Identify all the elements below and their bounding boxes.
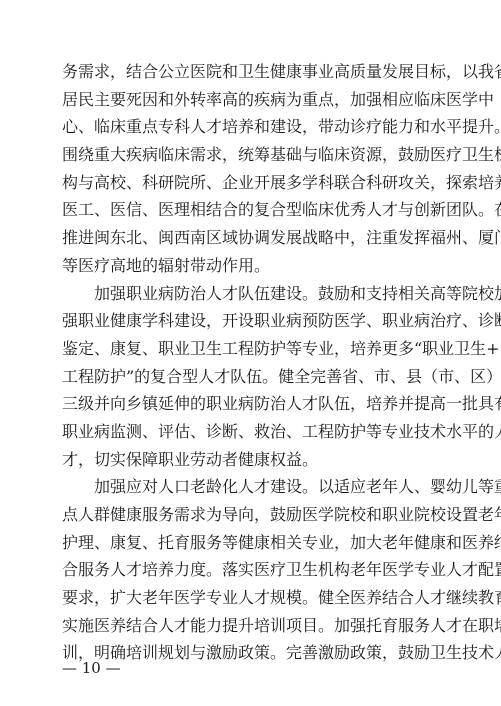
text-line: 实施医养结合人才能力提升培训项目。加强托育服务人才在职培 [62,612,452,640]
paragraph-1: 务需求，结合公立医院和卫生健康事业高质量发展目标，以我省 居民主要死因和外转率高… [62,58,452,280]
text-line: 合服务人才培养力度。落实医疗卫生机构老年医学专业人才配置 [62,556,452,584]
text-line: 居民主要死因和外转率高的疾病为重点，加强相应临床医学中 [62,86,452,114]
paragraph-3: 加强应对人口老龄化人才建设。以适应老年人、婴幼儿等重 点人群健康服务需求为导向，… [62,473,452,667]
text-line: 医工、医信、医理相结合的复合型临床优秀人才与创新团队。在 [62,196,452,224]
text-line: 职业病监测、评估、诊断、救治、工程防护等专业技术水平的人 [62,418,452,446]
paragraph-2: 加强职业病防治人才队伍建设。鼓励和支持相关高等院校加 强职业健康学科建设，开设职… [62,280,452,474]
text-line: 加强应对人口老龄化人才建设。以适应老年人、婴幼儿等重 [62,473,452,501]
text-line: 围绕重大疾病临床需求，统筹基础与临床资源，鼓励医疗卫生机 [62,141,452,169]
text-line: 等医疗高地的辐射带动作用。 [62,252,452,280]
text-line: 务需求，结合公立医院和卫生健康事业高质量发展目标，以我省 [62,58,452,86]
document-page: 务需求，结合公立医院和卫生健康事业高质量发展目标，以我省 居民主要死因和外转率高… [0,0,501,706]
text-line: 加强职业病防治人才队伍建设。鼓励和支持相关高等院校加 [62,280,452,308]
text-line: 护理、康复、托育服务等健康相关专业，加大老年健康和医养结 [62,529,452,557]
text-line: 强职业健康学科建设，开设职业病预防医学、职业病治疗、诊断 [62,307,452,335]
text-line: 构与高校、科研院所、企业开展多学科联合科研攻关，探索培养 [62,169,452,197]
text-line: 工程防护”的复合型人才队伍。健全完善省、市、县（市、区） [62,363,452,391]
text-line: 才，切实保障职业劳动者健康权益。 [62,446,452,474]
text-line: 要求，扩大老年医学专业人才规模。健全医养结合人才继续教育， [62,584,452,612]
text-line: 鉴定、康复、职业卫生工程防护等专业，培养更多“职业卫生+ [62,335,452,363]
page-number: — 10 — [62,656,121,680]
text-line: 推进闽东北、闽西南区域协调发展战略中，注重发挥福州、厦门 [62,224,452,252]
text-line: 三级并向乡镇延伸的职业病防治人才队伍，培养并提高一批具有 [62,390,452,418]
text-line: 心、临床重点专科人才培养和建设，带动诊疗能力和水平提升。 [62,113,452,141]
text-line: 点人群健康服务需求为导向，鼓励医学院校和职业院校设置老年 [62,501,452,529]
body-text: 务需求，结合公立医院和卫生健康事业高质量发展目标，以我省 居民主要死因和外转率高… [62,58,452,667]
